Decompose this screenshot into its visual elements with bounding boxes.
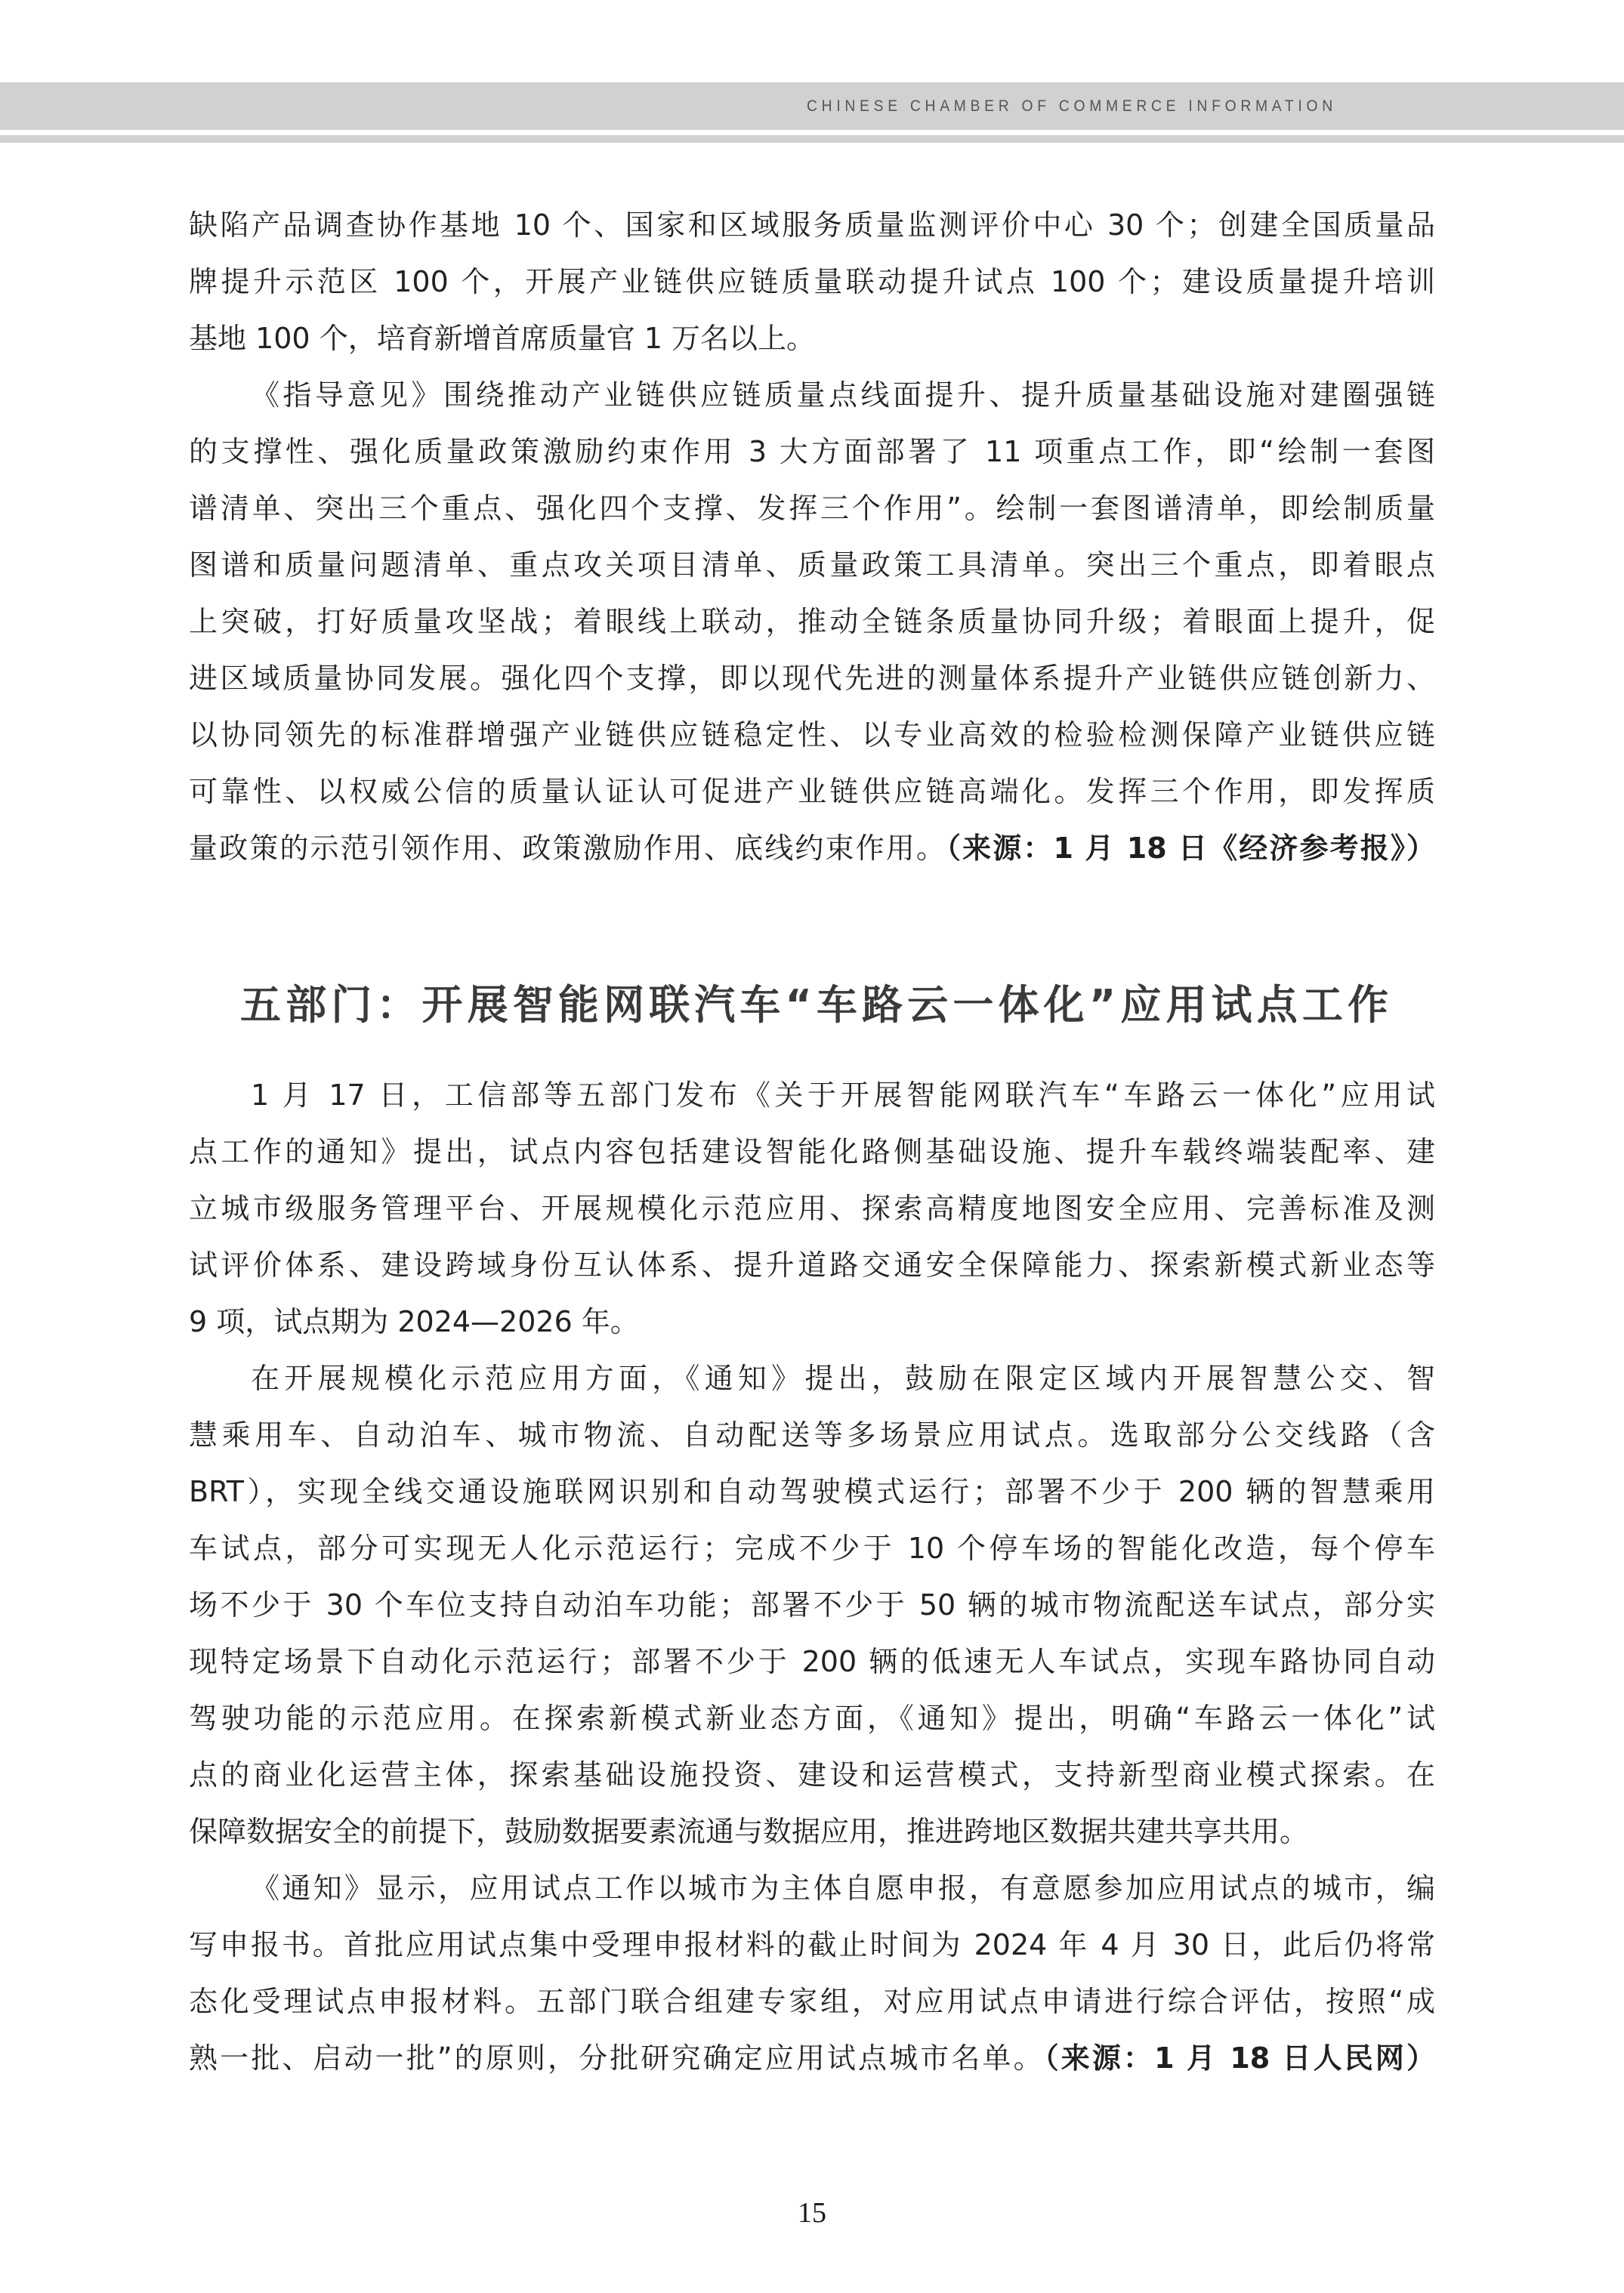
paragraph-line: 立城市级服务管理平台、开展规模化示范应用、探索高精度地图安全应用、完善标准及测 [189,1190,1435,1227]
paragraph-line: 点工作的通知》提出，试点内容包括建设智能化路侧基础设施、提升车载终端装配率、建 [189,1133,1435,1171]
paragraph-text: 熟一批、启动一批”的原则，分批研究确定应用试点城市名单。 [189,2041,1045,2075]
paragraph-line: 以协同领先的标准群增强产业链供应链稳定性、以专业高效的检验检测保障产业链供应链 [189,716,1435,754]
source-attribution: （来源：1 月 18 日人民网） [1045,2041,1435,2075]
paragraph-line: 《通知》显示，应用试点工作以城市为主体自愿申报，有意愿参加应用试点的城市，编 [251,1869,1435,1907]
paragraph-line: 保障数据安全的前提下，鼓励数据要素流通与数据应用，推进跨地区数据共建共享共用。 [189,1813,1435,1850]
paragraph-line: 驾驶功能的示范应用。在探索新模式新业态方面，《通知》提出，明确“车路云一体化”试 [189,1699,1435,1737]
paragraph-line: 态化受理试点申报材料。五部门联合组建专家组，对应用试点申请进行综合评估，按照“成 [189,1983,1435,2020]
paragraph-line: 图谱和质量问题清单、重点攻关项目清单、质量政策工具清单。突出三个重点，即着眼点 [189,546,1435,584]
paragraph-line: 牌提升示范区 100 个，开展产业链供应链质量联动提升试点 100 个；建设质量… [189,263,1435,301]
paragraph-line: 基地 100 个，培育新增首席质量官 1 万名以上。 [189,319,1435,357]
paragraph-line: 现特定场景下自动化示范运行；部署不少于 200 辆的低速无人车试点，实现车路协同… [189,1643,1435,1680]
paragraph-line: 场不少于 30 个车位支持自动泊车功能；部署不少于 50 辆的城市物流配送车试点… [189,1586,1435,1624]
paragraph-line: 的支撑性、强化质量政策激励约束作用 3 大方面部署了 11 项重点工作，即“绘制… [189,433,1435,471]
paragraph-line: 在开展规模化示范应用方面，《通知》提出，鼓励在限定区域内开展智慧公交、智 [251,1359,1435,1397]
paragraph-line: BRT），实现全线交通设施联网识别和自动驾驶模式运行；部署不少于 200 辆的智… [189,1473,1435,1511]
paragraph-line: 点的商业化运营主体，探索基础设施投资、建设和运营模式，支持新型商业模式探索。在 [189,1756,1435,1794]
paragraph-line-with-source: 量政策的示范引领作用、政策激励作用、底线约束作用。（来源：1 月 18 日《经济… [189,829,1435,867]
paragraph-line: 写申报书。首批应用试点集中受理申报材料的截止时间为 2024 年 4 月 30 … [189,1926,1435,1964]
paragraph-line: 进区域质量协同发展。强化四个支撑，即以现代先进的测量体系提升产业链供应链创新力、 [189,659,1435,697]
paragraph-line: 9 项，试点期为 2024—2026 年。 [189,1303,1435,1341]
paragraph-line: 试评价体系、建设跨域身份互认体系、提升道路交通安全保障能力、探索新模式新业态等 [189,1246,1435,1284]
paragraph-line: 缺陷产品调查协作基地 10 个、国家和区域服务质量监测评价中心 30 个；创建全… [189,206,1435,244]
paragraph-line: 可靠性、以权威公信的质量认证认可促进产业链供应链高端化。发挥三个作用，即发挥质 [189,773,1435,810]
paragraph-line: 车试点，部分可实现无人化示范运行；完成不少于 10 个停车场的智能化改造，每个停… [189,1529,1435,1567]
paragraph-line: 慧乘用车、自动泊车、城市物流、自动配送等多场景应用试点。选取部分公交线路（含 [189,1416,1435,1454]
page-number: 15 [774,2194,850,2232]
article-title: 五部门：开展智能网联汽车“车路云一体化”应用试点工作 [240,980,1388,1030]
source-attribution: （来源：1 月 18 日《经济参考报》） [946,832,1435,865]
publication-name: CHINESE CHAMBER OF COMMERCE INFORMATION [807,97,1374,116]
paragraph-line-with-source: 熟一批、启动一批”的原则，分批研究确定应用试点城市名单。（来源：1 月 18 日… [189,2039,1435,2077]
header-rule [0,135,1624,143]
paragraph-text: 量政策的示范引领作用、政策激励作用、底线约束作用。 [189,832,946,865]
paragraph-line: 谱清单、突出三个重点、强化四个支撑、发挥三个作用”。绘制一套图谱清单，即绘制质量 [189,489,1435,527]
paragraph-line: 《指导意见》围绕推动产业链供应链质量点线面提升、提升质量基础设施对建圈强链 [251,376,1435,414]
paragraph-line: 上突破，打好质量攻坚战；着眼线上联动，推动全链条质量协同升级；着眼面上提升，促 [189,603,1435,640]
paragraph-line: 1 月 17 日，工信部等五部门发布《关于开展智能网联汽车“车路云一体化”应用试 [251,1076,1435,1114]
